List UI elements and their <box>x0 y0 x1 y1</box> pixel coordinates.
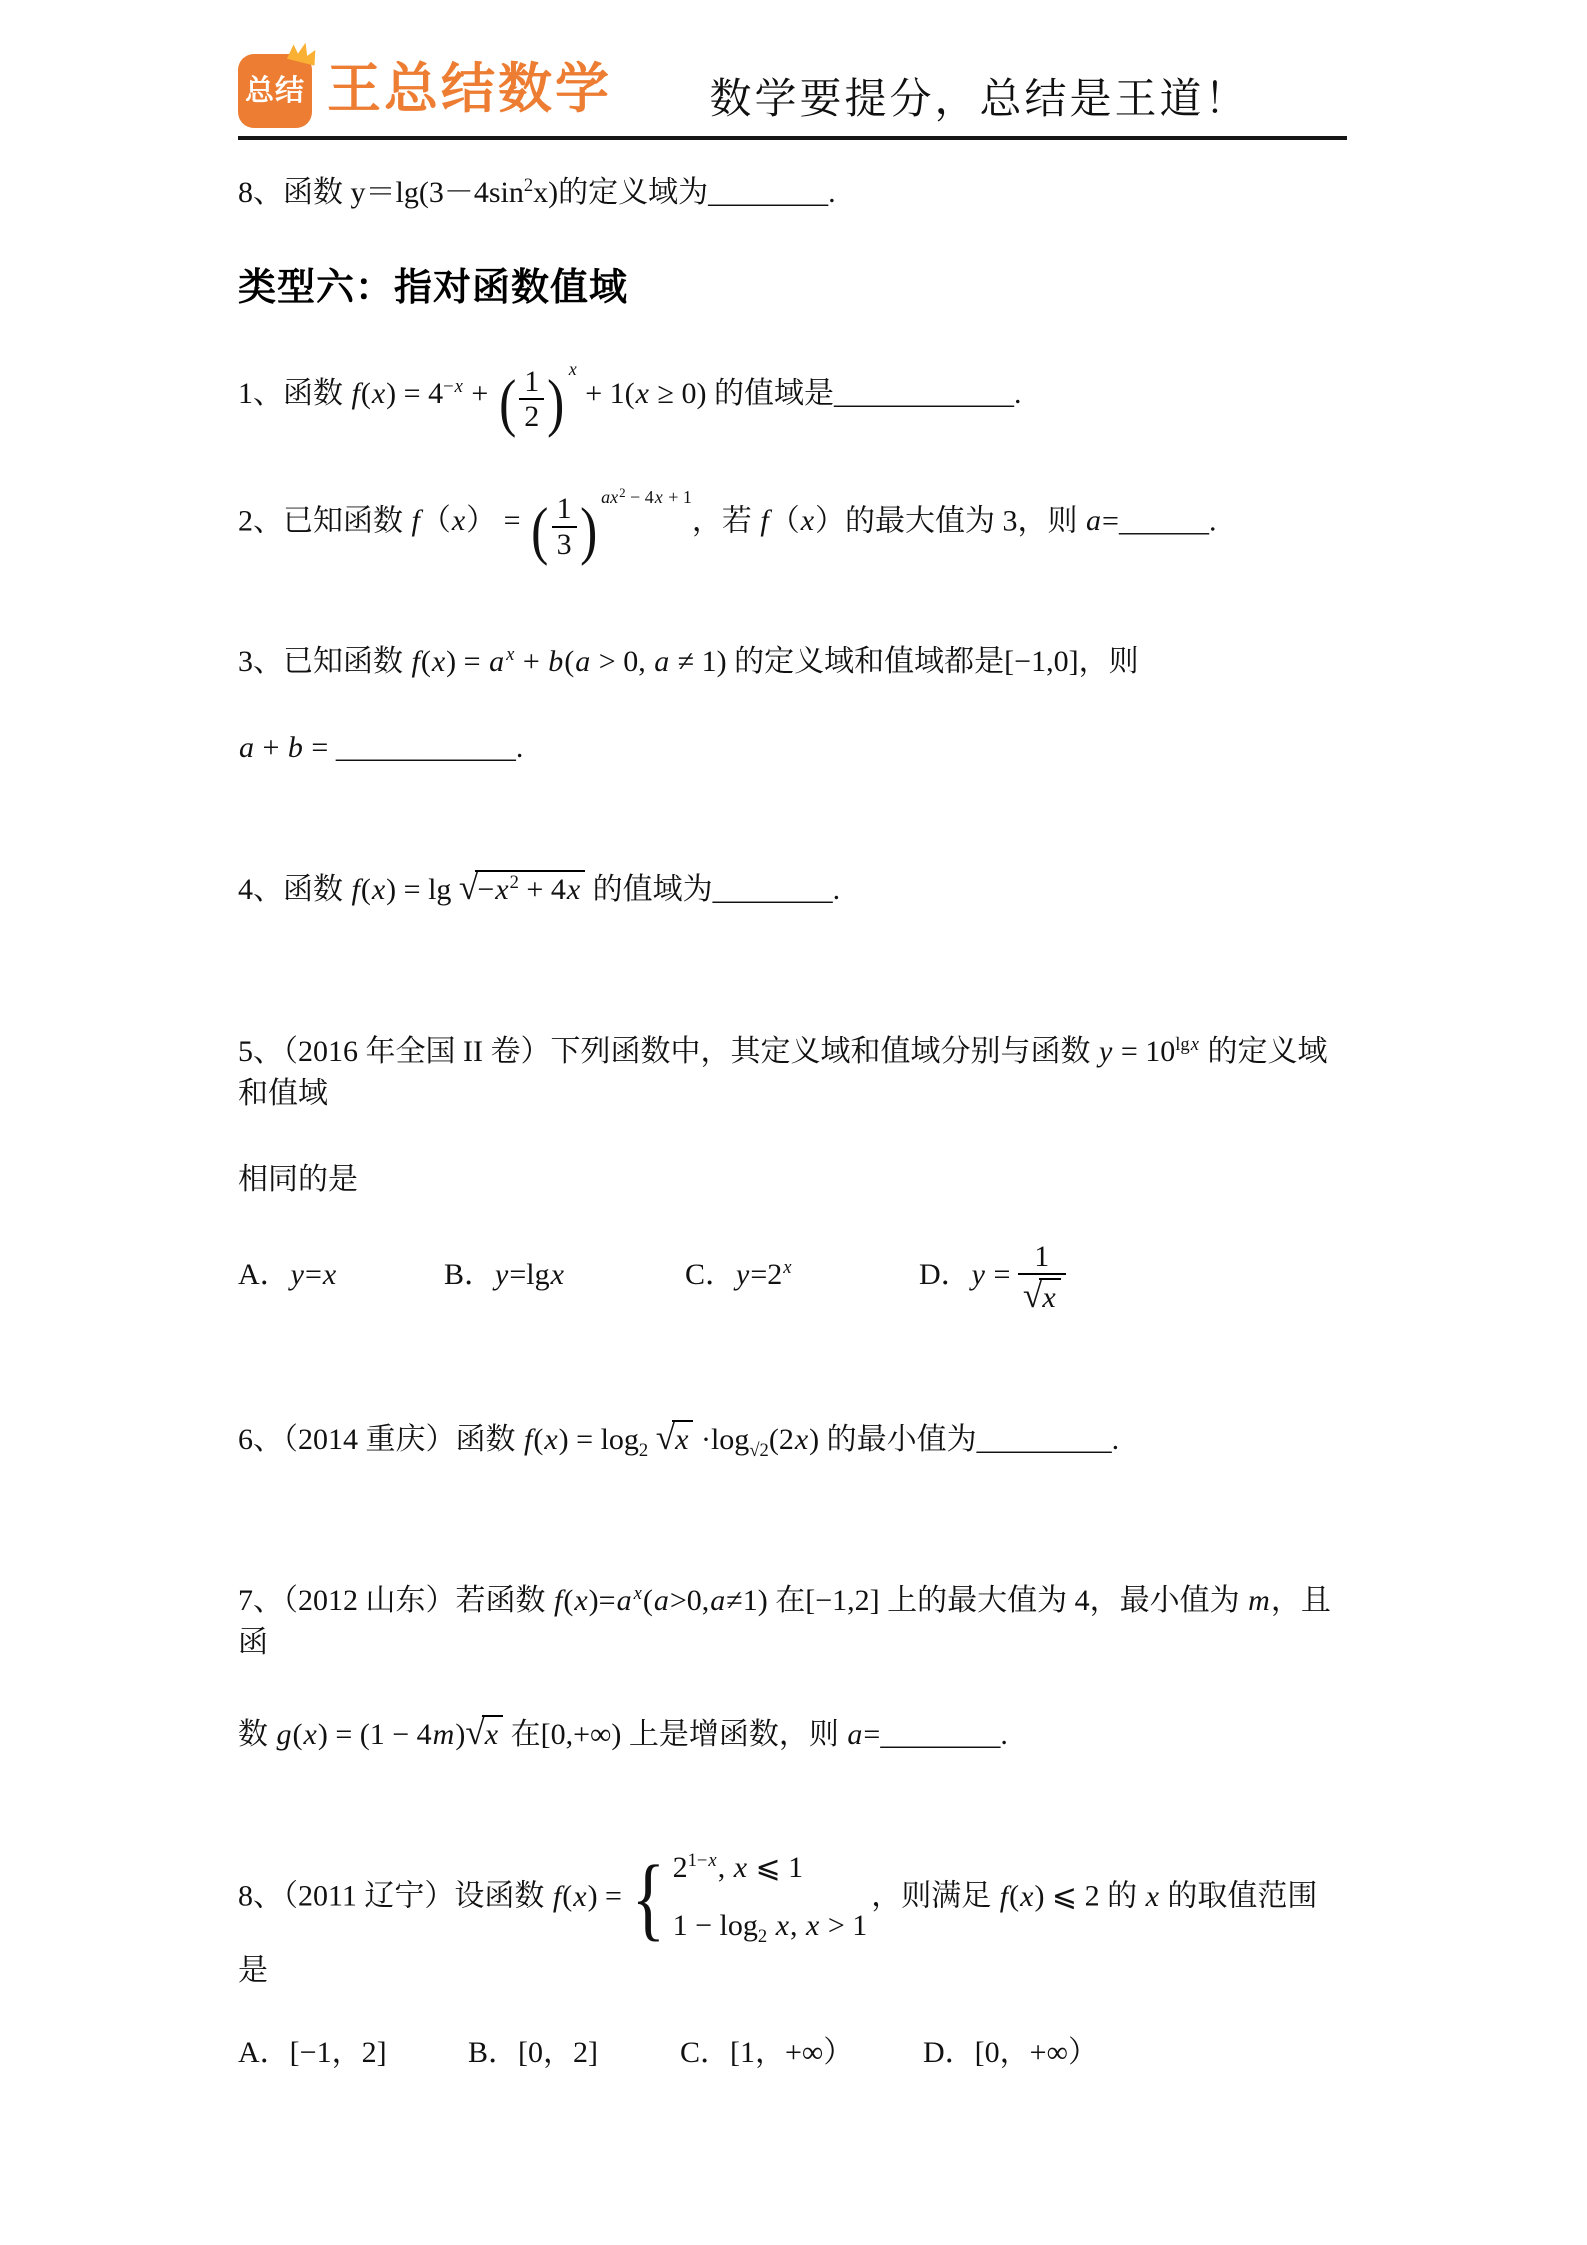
worksheet-page: 总结 王总结数学 数学要提分，总结是王道！ 8、函数 y＝lg(3－4sin2x… <box>0 0 1587 2074</box>
logo-icon: 总结 <box>238 54 312 128</box>
option: C．[1，+∞） <box>680 2032 923 2074</box>
problem-rows: 5、（2016 年全国 II 卷）下列函数中，其定义域和值域分别与函数 y = … <box>238 1031 1347 1315</box>
problem-rows: 6、（2014 重庆）函数 f(x) = log2 √x ·log√2(2x) … <box>238 1413 1347 1464</box>
option: D．y = 1√x <box>919 1241 1066 1315</box>
problem-line: 3、已知函数 f(x) = ax + b(a > 0, a ≠ 1) 的定义域和… <box>238 641 1347 683</box>
problem-line: 6、（2014 重庆）函数 f(x) = log2 √x ·log√2(2x) … <box>238 1413 1347 1464</box>
crown-icon <box>283 36 322 69</box>
problem-line: a + b = ____________. <box>238 727 1347 769</box>
problem: 7、（2012 山东）若函数 f(x)=ax(a>0,a≠1) 在[−1,2] … <box>238 1580 1347 1758</box>
problem-rows: 3、已知函数 f(x) = ax + b(a > 0, a ≠ 1) 的定义域和… <box>238 641 1347 769</box>
logo-badge-text: 总结 <box>245 77 305 106</box>
problem-line: 数 g(x) = (1 − 4m)√x 在[0,+∞) 上是增函数，则 a=__… <box>238 1708 1347 1758</box>
header: 总结 王总结数学 数学要提分，总结是王道！ <box>238 54 1347 140</box>
problem: 8、（2011 辽宁）设函数 f(x) ={21−x, x ⩽ 11 − log… <box>238 1847 1347 2074</box>
problem-rows: 2、已知函数 f（x） = (13)ax2 − 4x + 1，若 f（x）的最大… <box>238 484 1347 562</box>
problem-line: 8、（2011 辽宁）设函数 f(x) ={21−x, x ⩽ 11 − log… <box>238 1847 1347 1992</box>
problem-rows: 4、函数 f(x) = lg √−x2 + 4x 的值域为________. <box>238 863 1347 913</box>
tagline: 数学要提分，总结是王道！ <box>612 66 1347 128</box>
option: B．[0，2] <box>468 2032 680 2074</box>
problem-line: 相同的是 <box>238 1159 1347 1201</box>
problem-line: 7、（2012 山东）若函数 f(x)=ax(a>0,a≠1) 在[−1,2] … <box>238 1580 1347 1664</box>
option: B．y=lgx <box>444 1254 685 1296</box>
problem-rows: 1、函数 f(x) = 4−x + (12)x + 1(x ≥ 0) 的值域是_… <box>238 357 1347 434</box>
problem: 5、（2016 年全国 II 卷）下列函数中，其定义域和值域分别与函数 y = … <box>238 1031 1347 1315</box>
problem: 4、函数 f(x) = lg √−x2 + 4x 的值域为________. <box>238 863 1347 913</box>
problem: 1、函数 f(x) = 4−x + (12)x + 1(x ≥ 0) 的值域是_… <box>238 357 1347 434</box>
option: A．[−1，2] <box>238 2032 468 2074</box>
logo-name: 王总结数学 <box>327 62 612 120</box>
problem-line: 4、函数 f(x) = lg √−x2 + 4x 的值域为________. <box>238 863 1347 913</box>
problem: 3、已知函数 f(x) = ax + b(a > 0, a ≠ 1) 的定义域和… <box>238 641 1347 769</box>
problem-line: 1、函数 f(x) = 4−x + (12)x + 1(x ≥ 0) 的值域是_… <box>238 357 1347 434</box>
logo: 总结 王总结数学 <box>238 54 612 128</box>
option: C．y=2x <box>685 1254 919 1296</box>
problem-line: 2、已知函数 f（x） = (13)ax2 − 4x + 1，若 f（x）的最大… <box>238 484 1347 562</box>
option: A．y=x <box>238 1254 444 1296</box>
problem: 6、（2014 重庆）函数 f(x) = log2 √x ·log√2(2x) … <box>238 1413 1347 1464</box>
options-row: A．y=xB．y=lgxC．y=2xD．y = 1√x <box>238 1241 1347 1315</box>
problem: 2、已知函数 f（x） = (13)ax2 − 4x + 1，若 f（x）的最大… <box>238 484 1347 562</box>
problem-list: 1、函数 f(x) = 4−x + (12)x + 1(x ≥ 0) 的值域是_… <box>238 357 1347 2074</box>
problem-rows: 8、（2011 辽宁）设函数 f(x) ={21−x, x ⩽ 11 − log… <box>238 1847 1347 2074</box>
options-row: A．[−1，2]B．[0，2]C．[1，+∞）D．[0，+∞） <box>238 2032 1347 2074</box>
problem-line: 5、（2016 年全国 II 卷）下列函数中，其定义域和值域分别与函数 y = … <box>238 1031 1347 1115</box>
option: D．[0，+∞） <box>923 2032 1098 2074</box>
section-heading: 类型六：指对函数值域 <box>238 256 1347 311</box>
intro-problem-line: 8、函数 y＝lg(3－4sin2x)的定义域为________. <box>238 172 1347 214</box>
problem-rows: 7、（2012 山东）若函数 f(x)=ax(a>0,a≠1) 在[−1,2] … <box>238 1580 1347 1758</box>
